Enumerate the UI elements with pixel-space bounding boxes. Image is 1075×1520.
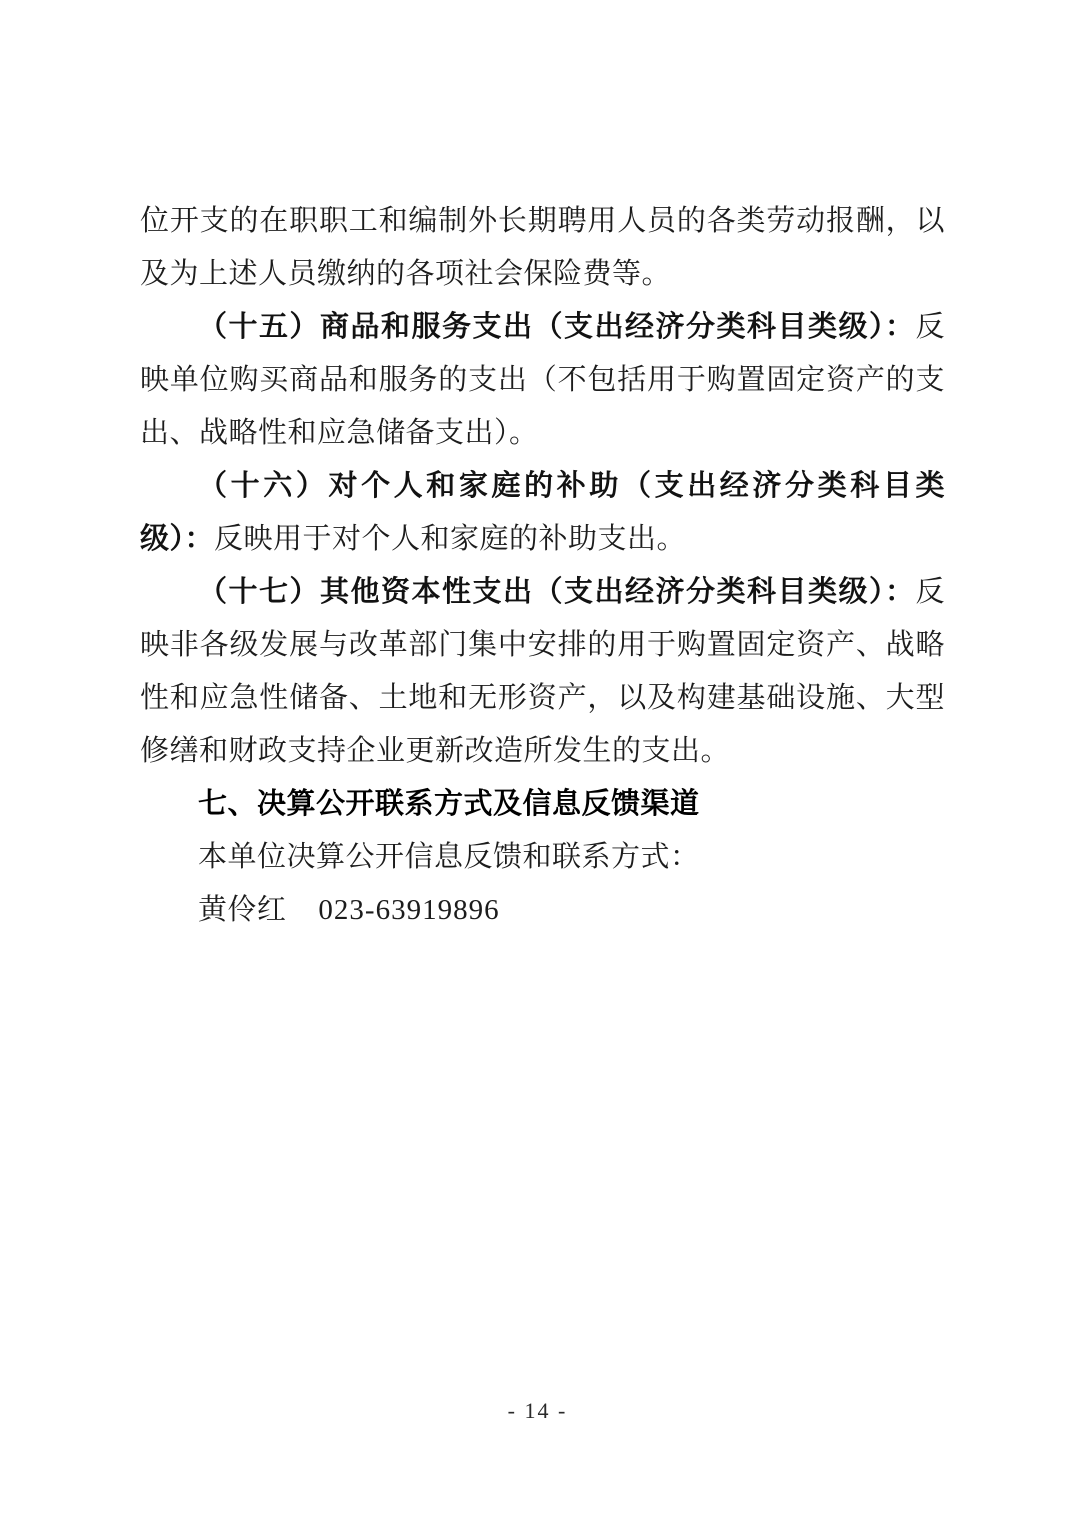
paragraph-item-16: （十六）对个人和家庭的补助（支出经济分类科目类级）：反映用于对个人和家庭的补助支… [140, 460, 945, 566]
contact-name: 黄伶红 [198, 894, 287, 926]
term-label: （十七）其他资本性支出（支出经济分类科目类级）： [198, 576, 915, 608]
paragraph-item-17: （十七）其他资本性支出（支出经济分类科目类级）：反映非各级发展与改革部门集中安排… [140, 566, 945, 778]
paragraph-text: 位开支的在职职工和编制外长期聘用人员的各类劳动报酬，以及为上述人员缴纳的各项社会… [140, 205, 945, 290]
paragraph-continuation: 位开支的在职职工和编制外长期聘用人员的各类劳动报酬，以及为上述人员缴纳的各项社会… [140, 195, 945, 301]
document-body: 位开支的在职职工和编制外长期聘用人员的各类劳动报酬，以及为上述人员缴纳的各项社会… [140, 195, 945, 937]
contact-intro: 本单位决算公开信息反馈和联系方式： [140, 831, 945, 884]
section-heading: 七、决算公开联系方式及信息反馈渠道 [140, 778, 945, 831]
contact-line: 黄伶红023-63919896 [140, 884, 945, 937]
paragraph-text: 反映用于对个人和家庭的补助支出。 [214, 523, 686, 555]
page-footer: - 14 - [0, 1398, 1075, 1424]
term-label: （十五）商品和服务支出（支出经济分类科目类级）： [198, 311, 915, 343]
paragraph-item-15: （十五）商品和服务支出（支出经济分类科目类级）：反映单位购买商品和服务的支出（不… [140, 301, 945, 460]
page-number: - 14 - [508, 1398, 568, 1423]
paragraph-text: 本单位决算公开信息反馈和联系方式： [198, 841, 700, 873]
contact-phone: 023-63919896 [318, 894, 499, 926]
document-page: 位开支的在职职工和编制外长期聘用人员的各类劳动报酬，以及为上述人员缴纳的各项社会… [0, 0, 1075, 1520]
